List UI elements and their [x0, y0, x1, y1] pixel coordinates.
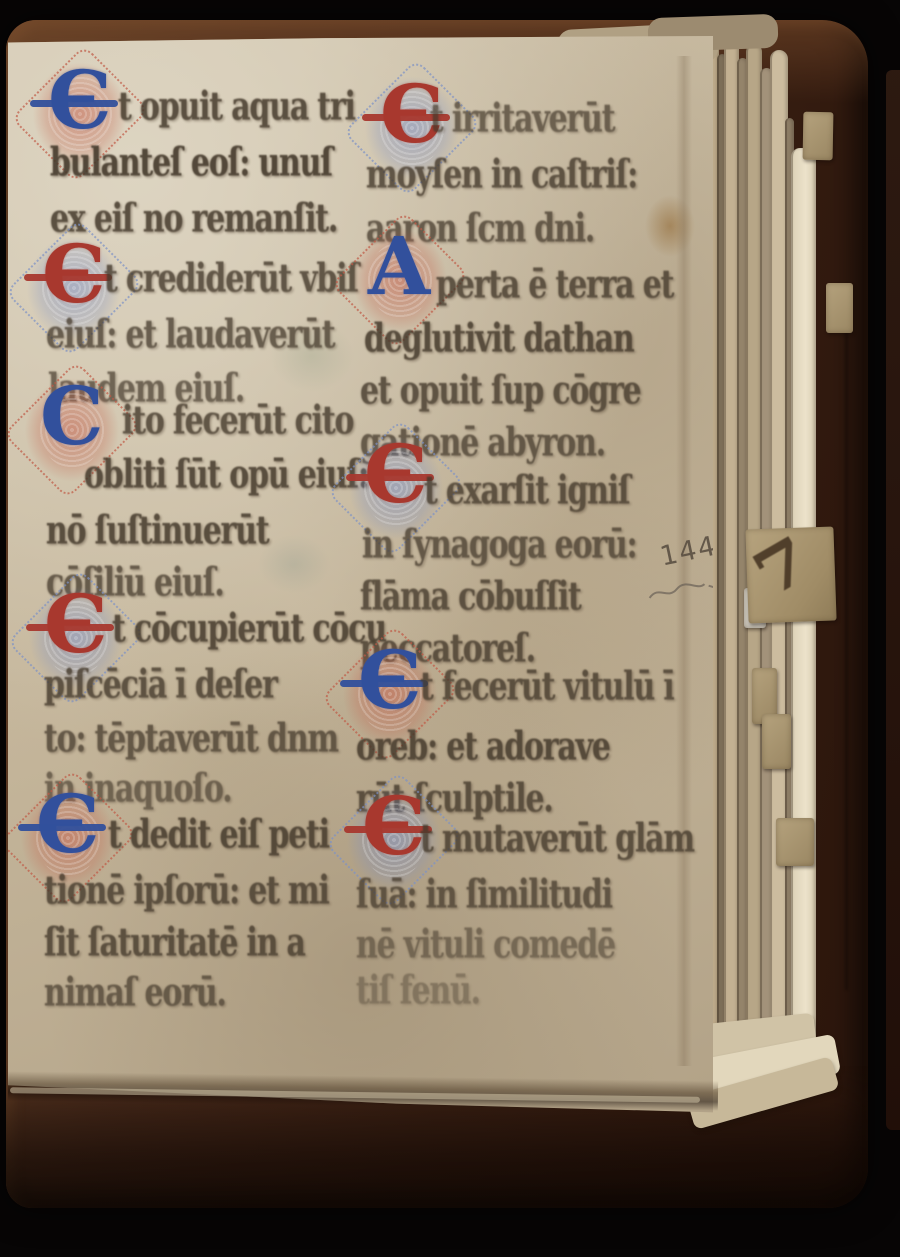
text-line: moyſen in caſtriſ:: [366, 152, 637, 198]
parchment-tab: [762, 714, 791, 769]
initial-crossbar: [340, 680, 428, 687]
text-line: nē vituli comedē: [356, 922, 615, 968]
text-line: oreb: et adorave: [356, 724, 610, 770]
text-column-right: Єt irritaverūtmoyſen in caſtriſ:aaron ſc…: [8, 36, 713, 1121]
parchment-tab: [803, 112, 834, 161]
text-line: t fecerūt vitulū ī: [420, 664, 674, 710]
text-line: t exarſit igniſ: [424, 468, 630, 514]
text-line: t mutaverūt glām: [420, 816, 694, 862]
parchment-tab: [776, 818, 814, 866]
text-line: ſuā: in ſimilitudi: [356, 872, 612, 918]
tab-ink-mark: 7: [741, 522, 824, 612]
initial-crossbar: [346, 474, 434, 481]
parchment-tab: [826, 283, 853, 333]
cover-edge-sliver: [886, 70, 900, 1130]
manuscript-page: Єt opuit aqua tribulanteſ eoſ: unuſex ei…: [8, 36, 713, 1121]
text-line: t irritaverūt: [430, 96, 614, 142]
cover-seam-line: [845, 300, 848, 990]
text-line: tiſ fenū.: [356, 968, 480, 1014]
photo: Єt opuit aqua tribulanteſ eoſ: unuſex ei…: [0, 0, 900, 1257]
text-line: perta ē terra et: [436, 262, 673, 308]
text-line: in ſynagoga eorū:: [362, 522, 636, 568]
initial-letter: A: [368, 224, 430, 308]
initial-crossbar: [344, 826, 432, 833]
text-line: flāma cōbuſſit: [360, 574, 581, 620]
parchment-tab-large: 7: [745, 526, 836, 623]
text-line: deglutivit dathan: [364, 316, 634, 362]
text-line: et opuit ſup cōgre: [360, 368, 641, 414]
